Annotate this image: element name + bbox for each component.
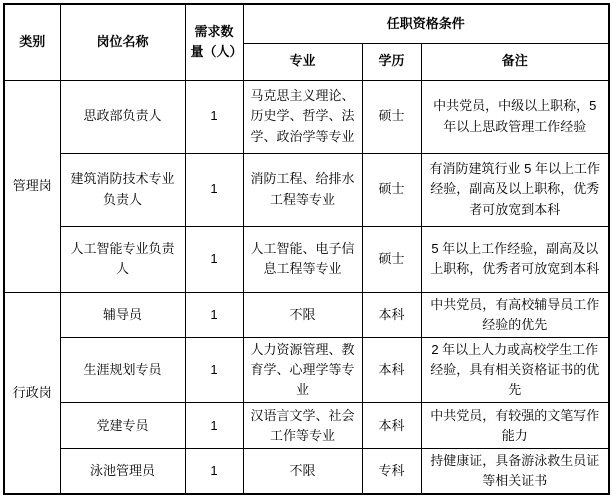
major-cell: 马克思主义理论、历史学、哲学、法学、政治学等专业 xyxy=(243,80,362,153)
count-cell: 1 xyxy=(185,80,243,153)
position-cell: 思政部负责人 xyxy=(60,80,185,153)
remark-cell: 中共党员，有高校辅导员工作经验的优先 xyxy=(421,292,609,337)
major-cell: 汉语言文学、社会工作等专业 xyxy=(243,403,362,449)
education-cell: 硕士 xyxy=(362,153,421,226)
count-cell: 1 xyxy=(185,153,243,226)
count-cell: 1 xyxy=(185,449,243,495)
count-cell: 1 xyxy=(185,403,243,449)
col-header-count: 需求数量（人） xyxy=(185,4,243,80)
position-cell: 人工智能专业负责人 xyxy=(60,226,185,292)
major-cell: 不限 xyxy=(243,449,362,495)
table-row: 建筑消防技术专业负责人 1 消防工程、给排水工程等专业 硕士 有消防建筑行业 5… xyxy=(4,153,609,226)
col-header-remark: 备注 xyxy=(421,43,609,80)
education-cell: 本科 xyxy=(362,292,421,337)
table-row: 泳池管理员 1 不限 专科 持健康证，具备游泳救生员证等相关证书 xyxy=(4,449,609,495)
major-cell: 人力资源管理、教育学、心理学等专业 xyxy=(243,337,362,402)
table-row: 党建专员 1 汉语言文学、社会工作等专业 本科 中共党员，有较强的文笔写作能力 xyxy=(4,403,609,449)
table-row: 生涯规划专员 1 人力资源管理、教育学、心理学等专业 本科 2 年以上人力或高校… xyxy=(4,337,609,402)
position-cell: 泳池管理员 xyxy=(60,449,185,495)
remark-cell: 5 年以上工作经验，副高及以上职称，优秀者可放宽到本科 xyxy=(421,226,609,292)
position-cell: 辅导员 xyxy=(60,292,185,337)
major-cell: 不限 xyxy=(243,292,362,337)
recruitment-table: 类别 岗位名称 需求数量（人） 任职资格条件 专业 学历 备注 管理岗 思政部负… xyxy=(3,3,610,495)
major-cell: 人工智能、电子信息工程等专业 xyxy=(243,226,362,292)
position-cell: 党建专员 xyxy=(60,403,185,449)
position-cell: 建筑消防技术专业负责人 xyxy=(60,153,185,226)
education-cell: 本科 xyxy=(362,403,421,449)
education-cell: 本科 xyxy=(362,337,421,402)
col-header-qualification: 任职资格条件 xyxy=(243,4,609,43)
col-header-education: 学历 xyxy=(362,43,421,80)
remark-cell: 有消防建筑行业 5 年以上工作经验，副高及以上职称，优秀者可放宽到本科 xyxy=(421,153,609,226)
col-header-category: 类别 xyxy=(4,4,60,80)
education-cell: 硕士 xyxy=(362,80,421,153)
col-header-major: 专业 xyxy=(243,43,362,80)
count-cell: 1 xyxy=(185,292,243,337)
remark-cell: 中共党员，中级以上职称，5 年以上思政管理工作经验 xyxy=(421,80,609,153)
education-cell: 硕士 xyxy=(362,226,421,292)
remark-cell: 持健康证，具备游泳救生员证等相关证书 xyxy=(421,449,609,495)
count-cell: 1 xyxy=(185,337,243,402)
table-row: 管理岗 思政部负责人 1 马克思主义理论、历史学、哲学、法学、政治学等专业 硕士… xyxy=(4,80,609,153)
count-cell: 1 xyxy=(185,226,243,292)
col-header-position: 岗位名称 xyxy=(60,4,185,80)
table-row: 人工智能专业负责人 1 人工智能、电子信息工程等专业 硕士 5 年以上工作经验，… xyxy=(4,226,609,292)
education-cell: 专科 xyxy=(362,449,421,495)
category-cell-management: 管理岗 xyxy=(4,80,60,292)
category-cell-administrative: 行政岗 xyxy=(4,292,60,494)
position-cell: 生涯规划专员 xyxy=(60,337,185,402)
table-row: 行政岗 辅导员 1 不限 本科 中共党员，有高校辅导员工作经验的优先 xyxy=(4,292,609,337)
major-cell: 消防工程、给排水工程等专业 xyxy=(243,153,362,226)
header-row-top: 类别 岗位名称 需求数量（人） 任职资格条件 xyxy=(4,4,609,43)
remark-cell: 中共党员，有较强的文笔写作能力 xyxy=(421,403,609,449)
remark-cell: 2 年以上人力或高校学生工作经验，具有相关资格证书的优先 xyxy=(421,337,609,402)
